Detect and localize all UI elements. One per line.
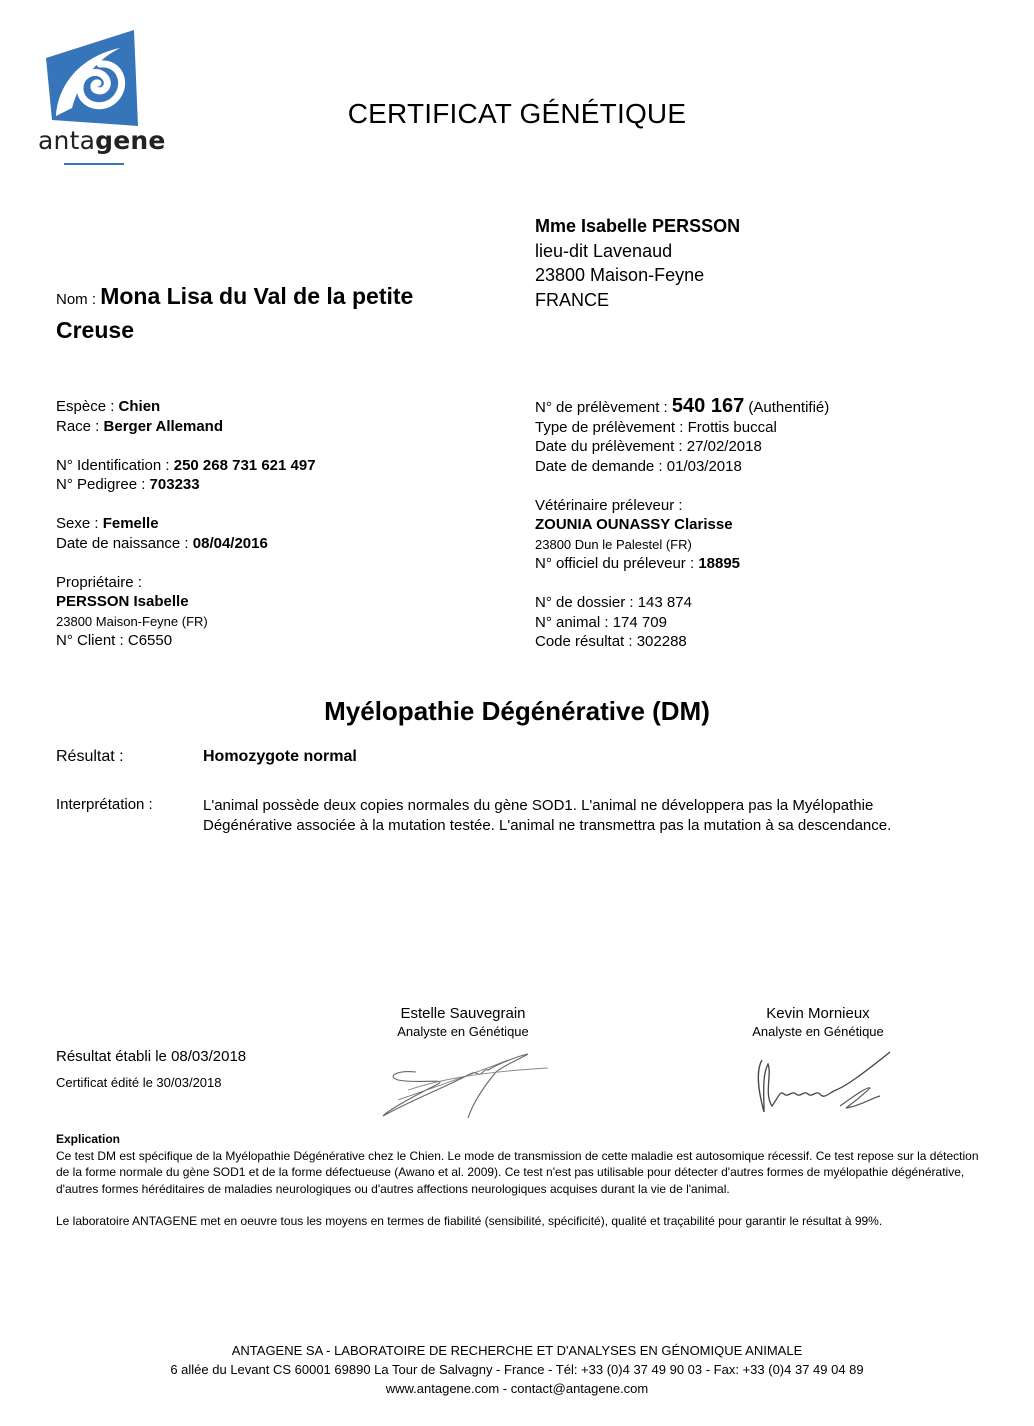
interpretation-text: L'animal possède deux copies normales du… bbox=[203, 796, 963, 835]
logo-wordmark: antagene bbox=[38, 126, 166, 155]
sample-date: Date du prélèvement : 27/02/2018 bbox=[535, 437, 829, 457]
sex-row: Sexe : Femelle bbox=[56, 514, 316, 534]
result-value: Homozygote normal bbox=[203, 748, 357, 766]
result-label: Résultat : bbox=[56, 748, 124, 766]
result-code: Code résultat : 302288 bbox=[535, 632, 829, 652]
signature-2-icon bbox=[750, 1050, 895, 1120]
recipient-line2: 23800 Maison-Feyne bbox=[535, 263, 740, 288]
breed-row: Race : Berger Allemand bbox=[56, 417, 316, 437]
vet-name: ZOUNIA OUNASSY Clarisse bbox=[535, 515, 829, 535]
document-title: CERTIFICAT GÉNÉTIQUE bbox=[0, 98, 1034, 130]
test-title: Myélopathie Dégénérative (DM) bbox=[0, 696, 1034, 727]
quality-statement: Le laboratoire ANTAGENE met en oeuvre to… bbox=[56, 1213, 986, 1230]
pedigree-value: 703233 bbox=[150, 476, 200, 493]
client-row: N° Client : C6550 bbox=[56, 631, 316, 651]
recipient-name: Mme Isabelle PERSSON bbox=[535, 214, 740, 239]
footer-contact: www.antagene.com - contact@antagene.com bbox=[0, 1379, 1034, 1398]
animal-name: Mona Lisa du Val de la petite Creuse bbox=[56, 283, 413, 343]
interpretation-label: Interprétation : bbox=[56, 796, 153, 813]
vet-city: 23800 Dun le Palestel (FR) bbox=[535, 535, 829, 555]
explanation-section: Explication Ce test DM est spécifique de… bbox=[56, 1131, 986, 1230]
signatory-role: Analyste en Génétique bbox=[343, 1023, 583, 1040]
signature-block-1: Estelle Sauvegrain Analyste en Génétique bbox=[343, 1005, 583, 1040]
owner-city: 23800 Maison-Feyne (FR) bbox=[56, 612, 316, 632]
vet-label: Vétérinaire préleveur : bbox=[535, 496, 829, 516]
footer-company: ANTAGENE SA - LABORATOIRE DE RECHERCHE E… bbox=[0, 1341, 1034, 1360]
animal-name-block: Nom : Mona Lisa du Val de la petite Creu… bbox=[56, 281, 416, 345]
signatory-name: Kevin Mornieux bbox=[698, 1005, 938, 1023]
breed-value: Berger Allemand bbox=[104, 418, 223, 435]
sample-number-row: N° de prélèvement : 540 167 (Authentifié… bbox=[535, 397, 829, 418]
vet-official-row: N° officiel du préleveur : 18895 bbox=[535, 554, 829, 574]
request-date: Date de demande : 01/03/2018 bbox=[535, 457, 829, 477]
sample-number: 540 167 bbox=[672, 395, 744, 417]
owner-name: PERSSON Isabelle bbox=[56, 592, 316, 612]
file-number: N° de dossier : 143 874 bbox=[535, 593, 829, 613]
signatory-name: Estelle Sauvegrain bbox=[343, 1005, 583, 1023]
sample-status: (Authentifié) bbox=[744, 399, 829, 416]
explanation-text: Ce test DM est spécifique de la Myélopat… bbox=[56, 1148, 986, 1198]
result-established-date: Résultat établi le 08/03/2018 bbox=[56, 1048, 246, 1065]
species-row: Espèce : Chien bbox=[56, 397, 316, 417]
species-value: Chien bbox=[119, 398, 161, 415]
birthdate-row: Date de naissance : 08/04/2016 bbox=[56, 534, 316, 554]
sex-value: Femelle bbox=[103, 515, 159, 532]
signature-block-2: Kevin Mornieux Analyste en Génétique bbox=[698, 1005, 938, 1040]
animal-details: Espèce : Chien Race : Berger Allemand N°… bbox=[56, 397, 316, 651]
owner-label: Propriétaire : bbox=[56, 573, 316, 593]
vet-official-value: 18895 bbox=[698, 555, 740, 572]
identification-row: N° Identification : 250 268 731 621 497 bbox=[56, 456, 316, 476]
pedigree-row: N° Pedigree : 703233 bbox=[56, 475, 316, 495]
identification-value: 250 268 731 621 497 bbox=[174, 457, 316, 474]
signature-1-icon bbox=[378, 1050, 558, 1125]
recipient-country: FRANCE bbox=[535, 288, 740, 313]
name-label: Nom : bbox=[56, 291, 100, 308]
sample-type: Type de prélèvement : Frottis buccal bbox=[535, 418, 829, 438]
birthdate-value: 08/04/2016 bbox=[193, 535, 268, 552]
client-value: C6550 bbox=[128, 632, 172, 649]
footer: ANTAGENE SA - LABORATOIRE DE RECHERCHE E… bbox=[0, 1341, 1034, 1398]
footer-address: 6 allée du Levant CS 60001 69890 La Tour… bbox=[0, 1360, 1034, 1379]
sample-details: N° de prélèvement : 540 167 (Authentifié… bbox=[535, 397, 829, 652]
recipient-line1: lieu-dit Lavenaud bbox=[535, 239, 740, 264]
recipient-address: Mme Isabelle PERSSON lieu-dit Lavenaud 2… bbox=[535, 214, 740, 312]
explanation-heading: Explication bbox=[56, 1131, 986, 1148]
signatory-role: Analyste en Génétique bbox=[698, 1023, 938, 1040]
logo-underline bbox=[64, 163, 124, 165]
certificate-edited-date: Certificat édité le 30/03/2018 bbox=[56, 1075, 222, 1090]
animal-number: N° animal : 174 709 bbox=[535, 613, 829, 633]
